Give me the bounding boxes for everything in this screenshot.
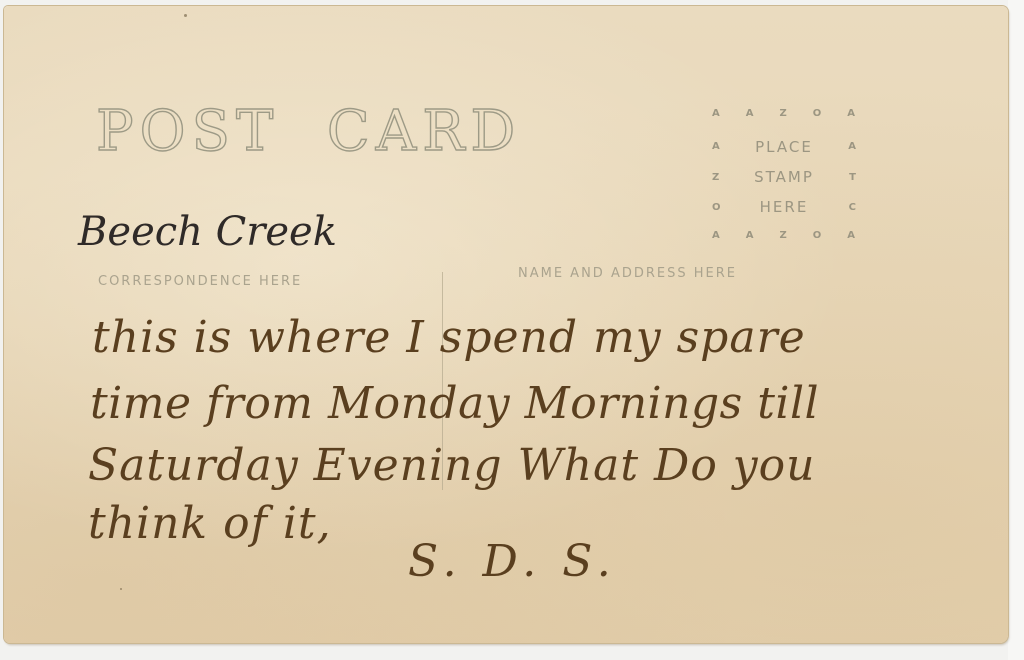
paper-speck [184, 14, 187, 17]
correspondence-label: CORRESPONDENCE HERE [98, 274, 302, 289]
handwritten-line-2: time from Monday Mornings till [90, 382, 819, 426]
handwritten-line-3: Saturday Evening What Do you [88, 444, 816, 488]
stamp-border-top: A A Z O A [712, 108, 856, 119]
handwritten-place-name: Beech Creek [78, 212, 337, 252]
handwritten-signature: S. D. S. [408, 540, 617, 584]
stamp-text-here: HERE [712, 198, 856, 216]
stamp-border-bottom: A A Z O A [712, 230, 856, 241]
scan-background [1008, 0, 1024, 660]
stamp-text-place: PLACE [712, 138, 856, 156]
postcard-back: POST CARD A A Z O A A Z O A T C PLACE ST… [4, 6, 1008, 643]
handwritten-line-1: this is where I spend my spare [92, 316, 806, 360]
paper-speck [120, 588, 122, 590]
address-label: NAME AND ADDRESS HERE [518, 266, 737, 281]
stamp-placement-box: A A Z O A A Z O A T C PLACE STAMP HERE A… [712, 108, 856, 248]
stamp-text-stamp: STAMP [712, 168, 856, 186]
handwritten-line-4: think of it, [88, 502, 332, 546]
post-card-heading: POST CARD [96, 104, 521, 160]
